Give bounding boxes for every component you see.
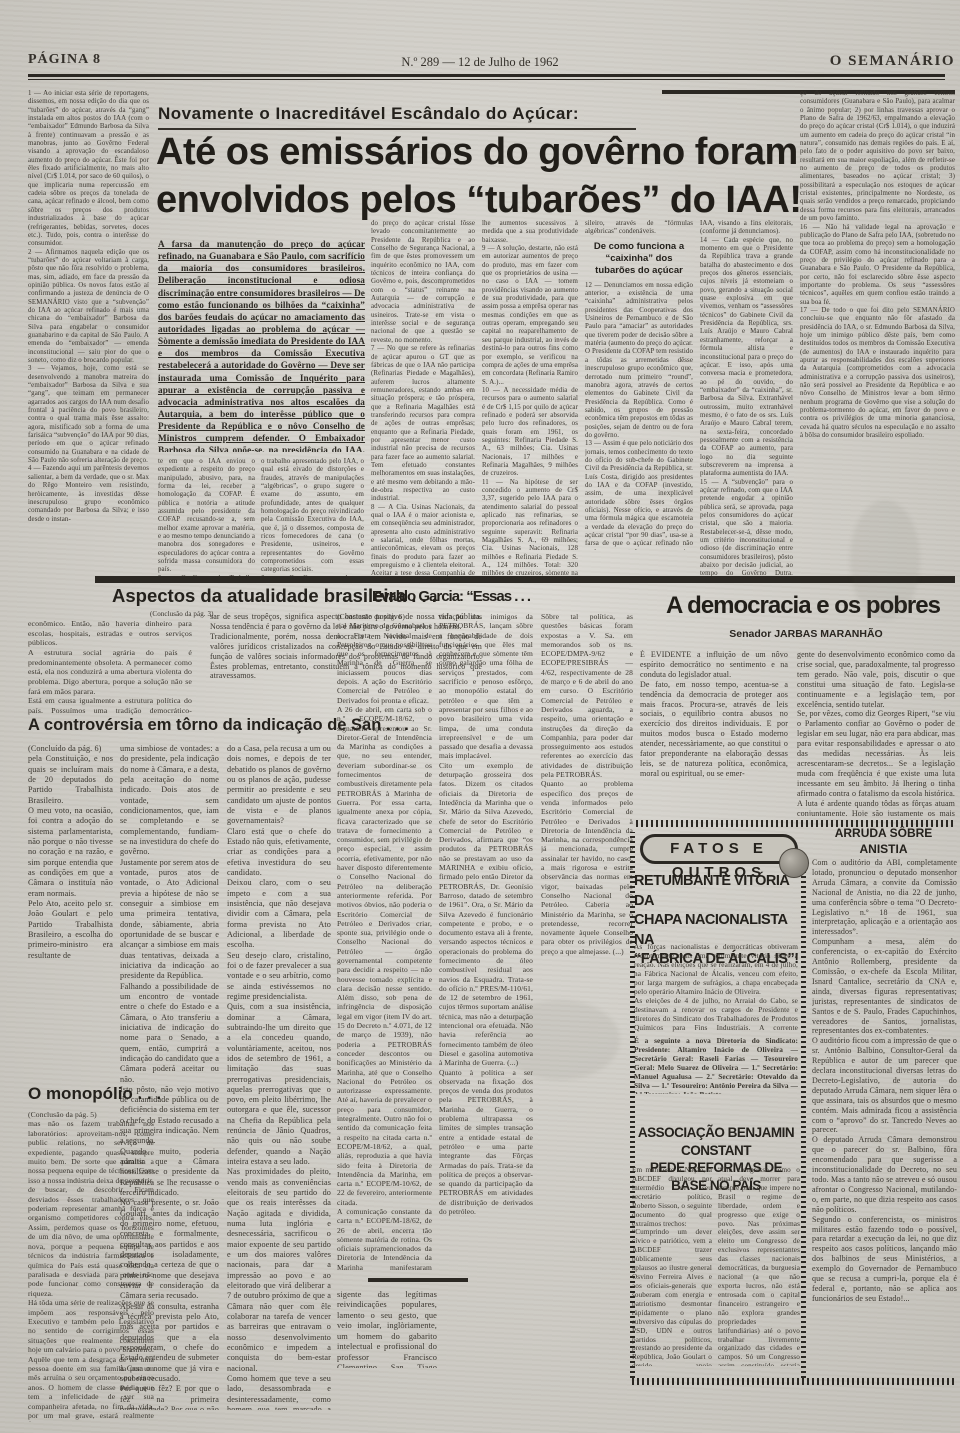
controversia-column-3: do a Casa, pela recusa a um ou dois nome… — [227, 744, 331, 1410]
arruda-anistia-title: ARRUDA SÔBRE ANISTIA — [812, 826, 955, 857]
newspaper-page: PÁGINA 8 N.º 289 — 12 de Julho de 1962 O… — [0, 0, 960, 1433]
evaldo-garcia-article-title: Evaldo Garcia: “Essas . . . — [372, 588, 637, 605]
column-body-text: 12 — Denunciamos em nossa edição anterio… — [585, 282, 693, 550]
monopolio-article-title: O monopólio . . . — [28, 1084, 178, 1104]
issue-date: N.º 289 — 12 de Julho de 1962 — [330, 55, 630, 70]
controversia-ending-paragraph: sigente das legítimas reivindicações pop… — [337, 1290, 437, 1368]
benjamin-constant-column-1: Em manifesto à Nação, a ABCDEF divulgou … — [632, 1166, 712, 1366]
hatched-column-fence-right — [801, 854, 806, 1378]
fatos-e-outros-banner: FATOS E OUTROS — [640, 834, 798, 864]
vitoria-alcalis-directors-list: É a seguinte a nova Diretoria do Sindica… — [634, 1036, 798, 1094]
header-rule-thin — [28, 79, 945, 80]
main-article-summary: A farsa da manutenção do preço do açúcar… — [158, 238, 365, 452]
section-divider-bar — [95, 576, 955, 583]
main-article-headline: Até os emissários do govêrno foram envol… — [156, 128, 796, 224]
main-article-column-7-8: do preço do açúcar cristal fôsse levado … — [371, 220, 475, 576]
main-article-column-6: o trabalho apresentado pelo IAA, o qual … — [261, 458, 364, 576]
evaldo-column-2: tisfação dos inimigos da PETROBRÁS, lanç… — [439, 612, 533, 1370]
main-article-column-12-13: sileiro, através de “fórmulas algébricas… — [585, 220, 693, 576]
democracia-column-1: É EVIDENTE a influição de um nôvo espíri… — [640, 650, 788, 816]
paper-smudge — [500, 1000, 620, 1080]
aspectos-column-1: econômico. Então, não haveria dinheiro p… — [28, 619, 192, 717]
headline-line-2: envolvidos pelos “tubarões” do IAA! — [156, 176, 796, 224]
hatched-rule-bottom — [632, 1378, 956, 1385]
paper-smudge — [850, 500, 920, 620]
democracia-byline: Senador JARBAS MARANHÃO — [700, 628, 912, 640]
democracia-column-2: gente do desenvolvimento econômico como … — [797, 650, 955, 816]
masthead-title: O SEMANÁRIO — [760, 53, 955, 70]
benjamin-constant-column-2: “Um Congresso como o atual deve morrer p… — [718, 1166, 800, 1366]
headline-line-1: Até os emissários do govêrno foram — [156, 128, 796, 176]
main-article-column-14-15: IAA, visando a fins eleitorais, (conform… — [700, 220, 793, 576]
caixinha-subheadline: De como funciona a “caixinha” dos tubarõ… — [585, 241, 693, 278]
arruda-anistia-body: Com o auditório da ABI, completamente lo… — [812, 858, 957, 1372]
main-article-column-5: te em que o IAA enviou o expediente a re… — [158, 458, 255, 576]
arruda-photo-circle — [779, 848, 809, 878]
evaldo-column-1: (Conclusão da pág. 6) nal Marítimo da Gu… — [337, 612, 432, 1270]
controversia-column-1: (Concluído da pág. 6) pela Constituição,… — [28, 744, 113, 1078]
main-article-column-9-11: lhe aumentos sucessivos à medida que a s… — [482, 220, 578, 576]
monopolio-body: (Conclusão da pág. 5) mas não os fazem t… — [28, 1110, 154, 1422]
page-number-label: PÁGINA 8 — [28, 52, 101, 68]
short-divider-rule — [368, 1278, 468, 1282]
evaldo-column-3: Sôbre tal política, as questões básicas … — [541, 612, 633, 1240]
header-rule-thick — [28, 74, 945, 77]
main-article-kicker: Novamente o Inacreditável Escândalo do A… — [158, 104, 636, 130]
column-intro-text: sileiro, através de “fórmulas algébricas… — [585, 220, 693, 237]
paper-smudge — [60, 300, 150, 440]
vitoria-alcalis-body: As fôrças nacionalistas e democráticas o… — [634, 942, 798, 1032]
